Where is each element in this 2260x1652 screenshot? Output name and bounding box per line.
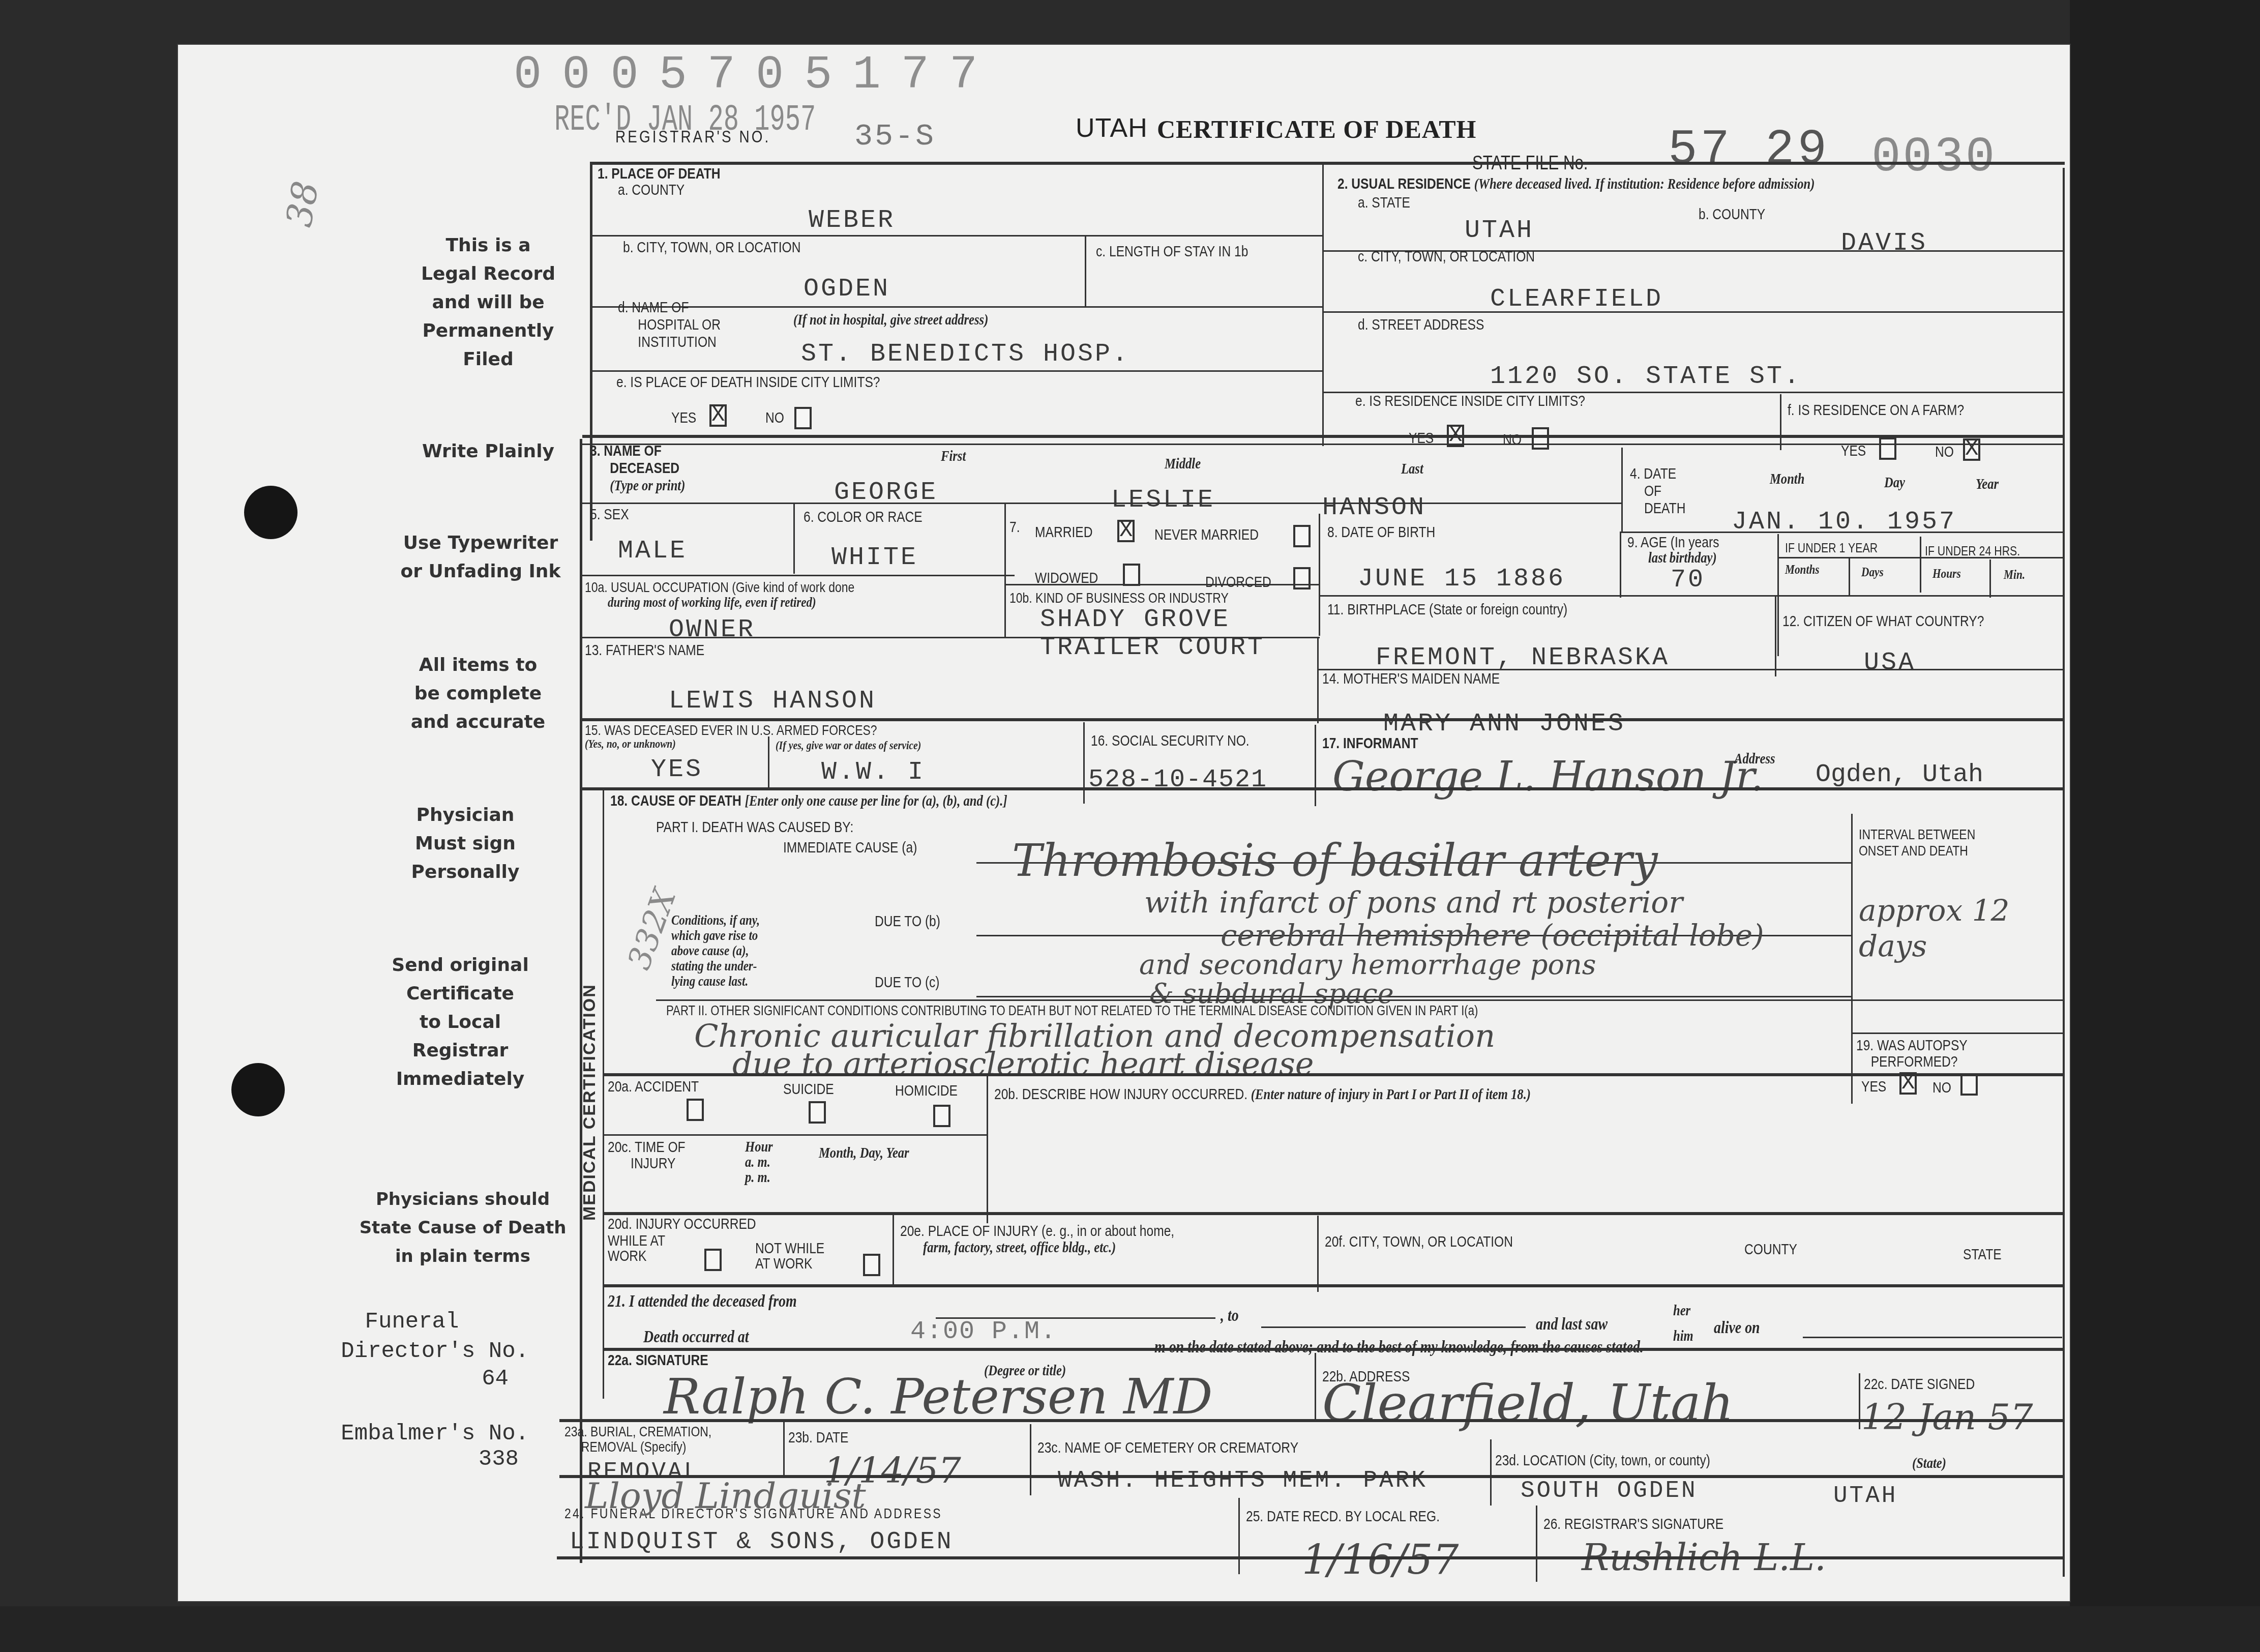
part2-line-2: due to arteriosclerotic heart disease bbox=[732, 1045, 1314, 1082]
alive-on-label: alive on bbox=[1714, 1318, 1760, 1338]
mother-label: 14. MOTHER'S MAIDEN NAME bbox=[1322, 670, 1500, 688]
part2-label: PART II. OTHER SIGNIFICANT CONDITIONS CO… bbox=[666, 1003, 1478, 1019]
divider bbox=[1030, 1424, 1031, 1495]
divider bbox=[1620, 532, 1621, 598]
burial-location-label: 23d. LOCATION (City, town, or county) bbox=[1495, 1452, 1710, 1469]
while-at-work-checkbox[interactable] bbox=[704, 1249, 722, 1271]
registrar-signature-label: 26. REGISTRAR'S SIGNATURE bbox=[1543, 1516, 1723, 1533]
stay-label: c. LENGTH OF STAY IN 1b bbox=[1096, 243, 1248, 260]
deceased-middle-name: LESLIE bbox=[1111, 486, 1215, 515]
death-inside-limits-no-checkbox[interactable] bbox=[794, 407, 812, 429]
row-divider bbox=[1323, 311, 2064, 313]
attended-to-line bbox=[1261, 1326, 1526, 1328]
place-of-death-label: 1. PLACE OF DEATH bbox=[598, 165, 720, 183]
race: WHITE bbox=[831, 543, 918, 572]
divider-dod bbox=[1621, 448, 1623, 532]
cemetery-label: 23c. NAME OF CEMETERY OR CREMATORY bbox=[1037, 1439, 1298, 1457]
first-label: First bbox=[941, 448, 966, 465]
suicide-label: SUICIDE bbox=[783, 1081, 834, 1098]
divider-stay bbox=[1085, 235, 1086, 306]
registrar-no-label: REGISTRAR'S NO. bbox=[615, 127, 770, 147]
margin-note-typewriter: Use Typewriter or Unfading Ink bbox=[371, 529, 590, 586]
state-hint: (State) bbox=[1912, 1455, 1946, 1472]
funeral-director-label: Funeral Director's No. bbox=[325, 1307, 529, 1366]
marital-label: 7. bbox=[1009, 519, 1020, 536]
divider bbox=[1083, 722, 1085, 804]
deceased-name-label: 3. NAME OFDECEASED(Type or print) bbox=[590, 442, 685, 494]
immediate-cause-label: IMMEDIATE CAUSE (a) bbox=[783, 839, 917, 857]
occupation-label: 10a. USUAL OCCUPATION (Give kind of work… bbox=[585, 580, 854, 610]
row-divider bbox=[603, 1348, 2064, 1351]
row-divider bbox=[603, 1284, 2064, 1287]
signature-label: 22a. SIGNATURE bbox=[608, 1352, 708, 1369]
section-divider bbox=[582, 787, 2064, 790]
suicide-checkbox[interactable] bbox=[809, 1101, 826, 1124]
divorced-label: DIVORCED bbox=[1205, 574, 1271, 591]
informant-signature: George L. Hanson Jr. bbox=[1332, 753, 1764, 800]
autopsy-label: 19. WAS AUTOPSYPERFORMED? bbox=[1856, 1038, 1968, 1070]
never-married-checkbox[interactable] bbox=[1293, 525, 1311, 547]
divider bbox=[1536, 1506, 1537, 1582]
mdy-label: Month, Day, Year bbox=[819, 1144, 909, 1162]
scanner-background-right bbox=[2070, 0, 2260, 1652]
conditions-hint: Conditions, if any, which gave rise to a… bbox=[671, 913, 760, 989]
injury-city-label: 20f. CITY, TOWN, OR LOCATION bbox=[1325, 1233, 1513, 1251]
last-saw-label: and last saw bbox=[1536, 1315, 1608, 1334]
embalmer-no: 338 bbox=[458, 1444, 519, 1474]
divider bbox=[1989, 559, 1991, 598]
death-time: 4:00 P.M. bbox=[910, 1317, 1057, 1346]
accident-label: 20a. ACCIDENT bbox=[608, 1078, 699, 1096]
deceased-last-name: HANSON bbox=[1322, 493, 1426, 522]
year-label: Year bbox=[1976, 476, 1999, 493]
hospital-hint: (If not in hospital, give street address… bbox=[793, 311, 988, 329]
margin-note-cause-plain-terms: Physicians should State Cause of Death i… bbox=[341, 1185, 585, 1271]
birthplace-label: 11. BIRTHPLACE (State or foreign country… bbox=[1327, 601, 1567, 618]
state-file-no: 57 29 bbox=[1668, 122, 1830, 178]
date-recd: 1/16/57 bbox=[1302, 1536, 1459, 1583]
widowed-checkbox[interactable] bbox=[1123, 564, 1140, 586]
time-of-injury-label: 20c. TIME OFINJURY bbox=[608, 1139, 686, 1172]
no-label: NO bbox=[1935, 444, 1954, 461]
date-of-birth: JUNE 15 1886 bbox=[1358, 565, 1565, 594]
margin-note-send-original: Send original Certificate to Local Regis… bbox=[351, 951, 570, 1094]
burial-location-state: UTAH bbox=[1833, 1483, 1897, 1509]
row-divider bbox=[582, 718, 2064, 721]
due-to-c-line-1: and secondary hemorrhage pons bbox=[1139, 949, 1596, 981]
occupation: OWNER bbox=[669, 615, 755, 644]
row-divider bbox=[582, 503, 1622, 504]
divider bbox=[1317, 1216, 1319, 1292]
residence-street: 1120 SO. STATE ST. bbox=[1490, 362, 1801, 391]
divider-interval bbox=[1851, 814, 1853, 1038]
residence-county-label: b. COUNTY bbox=[1699, 206, 1765, 223]
ssn-label: 16. SOCIAL SECURITY NO. bbox=[1091, 732, 1250, 750]
residence-county: DAVIS bbox=[1841, 229, 1927, 258]
residence-city: CLEARFIELD bbox=[1490, 285, 1663, 314]
no-label: NO bbox=[765, 409, 784, 427]
alive-on-line bbox=[1803, 1337, 2062, 1338]
immediate-cause: Thrombosis of basilar artery bbox=[1012, 834, 1658, 887]
death-county: WEBER bbox=[809, 206, 895, 235]
attended-label: 21. I attended the deceased from bbox=[608, 1292, 797, 1311]
document-title: CERTIFICATE OF DEATH bbox=[1157, 114, 1477, 144]
row-divider bbox=[603, 1073, 2064, 1076]
row-divider bbox=[582, 637, 1320, 638]
accident-checkbox[interactable] bbox=[687, 1099, 704, 1121]
street-address-label: d. STREET ADDRESS bbox=[1358, 316, 1484, 334]
informant-label: 17. INFORMANT bbox=[1322, 735, 1418, 752]
her-label: her bbox=[1673, 1302, 1690, 1319]
divorced-checkbox[interactable] bbox=[1293, 567, 1311, 589]
punch-hole-upper bbox=[244, 486, 298, 539]
war-service: W.W. I bbox=[821, 758, 925, 787]
age-label: 9. AGE (In yearslast birthday) bbox=[1627, 535, 1719, 566]
middle-label: Middle bbox=[1165, 455, 1201, 473]
medical-certification-label: MEDICAL CERTIFICATION bbox=[580, 984, 600, 1221]
armed-forces-label: 15. WAS DECEASED EVER IN U.S. ARMED FORC… bbox=[585, 722, 877, 739]
row-divider bbox=[1851, 1032, 2064, 1034]
injury-occurred-label: 20d. INJURY OCCURRED bbox=[608, 1216, 756, 1233]
divider bbox=[1238, 1498, 1240, 1574]
to-label: , to bbox=[1221, 1306, 1239, 1325]
funeral-director: LINDQUIST & SONS, OGDEN bbox=[570, 1528, 954, 1556]
divider bbox=[1851, 1032, 1853, 1104]
due-b-label: DUE TO (b) bbox=[875, 913, 940, 930]
due-c-label: DUE TO (c) bbox=[875, 974, 940, 991]
describe-injury-label: 20b. DESCRIBE HOW INJURY OCCURRED. (Ente… bbox=[994, 1086, 1531, 1103]
form-border-top bbox=[590, 162, 2065, 165]
corner-handwritten-number: 38 bbox=[278, 178, 326, 230]
citizen-label: 12. CITIZEN OF WHAT COUNTRY? bbox=[1782, 613, 1984, 630]
due-to-b-line-1: with infarct of pons and rt posterior bbox=[1144, 885, 1683, 920]
month-label: Month bbox=[1770, 470, 1804, 488]
form-border-right bbox=[2063, 168, 2065, 1577]
row-divider bbox=[591, 235, 1323, 237]
farm-label: f. IS RESIDENCE ON A FARM? bbox=[1788, 402, 1964, 419]
sex: MALE bbox=[618, 537, 687, 566]
hours-label: Hours bbox=[1932, 566, 1961, 581]
row-divider bbox=[1004, 584, 1320, 585]
row-divider bbox=[603, 1212, 2064, 1215]
divider bbox=[1920, 537, 1921, 593]
burial-date-label: 23b. DATE bbox=[788, 1429, 849, 1447]
row-divider bbox=[1777, 557, 2064, 558]
funeral-director-signature: Lloyd Lindquist bbox=[585, 1475, 866, 1517]
divider bbox=[1317, 637, 1319, 723]
divider bbox=[1849, 558, 1850, 597]
last-label: Last bbox=[1401, 460, 1423, 478]
death-inside-limits-yes-checkbox[interactable]: X bbox=[709, 404, 727, 427]
war-hint: (If yes, give war or dates of service) bbox=[776, 739, 921, 753]
disposition-label: 23a. BURIAL, CREMATION,REMOVAL (Specify) bbox=[564, 1424, 711, 1455]
cemetery: WASH. HEIGHTS MEM. PARK bbox=[1058, 1467, 1428, 1494]
registrar-no: 35-S bbox=[854, 120, 936, 154]
divider-1-2 bbox=[1322, 164, 1324, 446]
state-file-seq: 0030 bbox=[1871, 130, 1997, 185]
homicide-checkbox[interactable] bbox=[933, 1105, 950, 1127]
informant-address: Ogden, Utah bbox=[1816, 760, 1983, 789]
divider bbox=[768, 736, 769, 787]
address-label: Address bbox=[1734, 750, 1775, 768]
him-label: him bbox=[1673, 1327, 1693, 1345]
armed-hint: (Yes, no, or unknown) bbox=[585, 737, 676, 751]
city-label: b. CITY, TOWN, OR LOCATION bbox=[623, 239, 800, 256]
date-signed-label: 22c. DATE SIGNED bbox=[1864, 1376, 1975, 1393]
due-c-line bbox=[976, 996, 1851, 997]
due-to-b-line-2: cerebral hemisphere (occipital lobe) bbox=[1221, 918, 1764, 953]
sex-label: 5. SEX bbox=[590, 506, 629, 523]
yes-label: YES bbox=[1861, 1078, 1886, 1096]
form-border-bottom bbox=[557, 1556, 2064, 1559]
margin-note-items-complete: All items to be complete and accurate bbox=[369, 651, 587, 736]
never-married-label: NEVER MARRIED bbox=[1154, 526, 1259, 544]
race-label: 6. COLOR OR RACE bbox=[804, 509, 923, 526]
divider-farm bbox=[1780, 394, 1781, 450]
married-checkbox[interactable]: X bbox=[1117, 520, 1135, 542]
citizenship: USA bbox=[1864, 648, 1916, 677]
age: 70 bbox=[1671, 566, 1705, 595]
divider bbox=[1004, 503, 1006, 637]
death-hospital: ST. BENEDICTS HOSP. bbox=[801, 340, 1129, 369]
homicide-label: HOMICIDE bbox=[895, 1082, 958, 1100]
dod-label: 4. DATEOFDEATH bbox=[1630, 465, 1685, 517]
row-divider bbox=[656, 999, 2064, 1001]
margin-note-write-plainly: Write Plainly bbox=[379, 437, 598, 466]
physician-address: Clearfield, Utah bbox=[1322, 1373, 1734, 1433]
business-label: 10b. KIND OF BUSINESS OR INDUSTRY bbox=[1009, 590, 1229, 606]
mother-maiden-name: MARY ANN JONES bbox=[1383, 710, 1625, 739]
hour-label: Houra. m.p. m. bbox=[745, 1139, 773, 1185]
stamp-number: 0005705177 bbox=[514, 48, 998, 102]
row-divider bbox=[603, 1134, 987, 1136]
row-divider bbox=[591, 370, 1323, 372]
farm-yes-checkbox[interactable] bbox=[1879, 437, 1896, 460]
injury-state-label: STATE bbox=[1963, 1246, 2002, 1263]
margin-note-physician-sign: Physician Must sign Personally bbox=[356, 801, 575, 887]
divider bbox=[1315, 725, 1316, 806]
date-recd-label: 25. DATE RECD. BY LOCAL REG. bbox=[1246, 1508, 1440, 1525]
yes-label: YES bbox=[671, 409, 696, 427]
days-label: Days bbox=[1861, 565, 1884, 580]
section-divider-double bbox=[582, 435, 2065, 438]
hospital-label: d. NAME OF HOSPITAL OR INSTITUTION bbox=[618, 299, 721, 351]
punch-hole-lower bbox=[231, 1063, 285, 1116]
no-label: NO bbox=[1503, 431, 1522, 449]
scanner-background-bottom bbox=[0, 1606, 2260, 1652]
medical-cert-inner-border bbox=[603, 788, 604, 1399]
part1-label: PART I. DEATH WAS CAUSED BY: bbox=[656, 819, 853, 836]
divider bbox=[1775, 595, 1776, 676]
place-of-injury-label: 20e. PLACE OF INJURY (e. g., in or about… bbox=[900, 1223, 1174, 1256]
divider bbox=[1315, 1353, 1316, 1419]
father-label: 13. FATHER'S NAME bbox=[585, 642, 704, 659]
funeral-director-no: 64 bbox=[468, 1364, 509, 1394]
row-divider bbox=[582, 575, 1015, 576]
residence-inside-limits-no-checkbox[interactable] bbox=[1532, 427, 1549, 450]
cause-of-death-label: 18. CAUSE OF DEATH [Enter only one cause… bbox=[610, 792, 1007, 810]
while-at-work-label: WHILE ATWORK bbox=[608, 1233, 665, 1264]
no-label: NO bbox=[1932, 1079, 1951, 1097]
attestation-statement: m on the date stated above; and to the b… bbox=[1154, 1338, 1644, 1357]
divider bbox=[783, 1422, 785, 1475]
divider bbox=[1490, 1439, 1492, 1506]
divider bbox=[793, 503, 795, 574]
residence-state: UTAH bbox=[1465, 216, 1534, 245]
county-label: a. COUNTY bbox=[618, 182, 685, 199]
divider bbox=[1319, 514, 1320, 636]
death-inside-limits-label: e. IS PLACE OF DEATH INSIDE CITY LIMITS? bbox=[616, 374, 880, 391]
autopsy-no-checkbox[interactable] bbox=[1960, 1073, 1978, 1096]
physician-signature: Ralph C. Petersen MD bbox=[664, 1368, 1212, 1425]
document-title-prefix: UTAH bbox=[1076, 113, 1148, 143]
not-while-at-work-checkbox[interactable] bbox=[863, 1254, 880, 1276]
death-occurred-label: Death occurred at bbox=[643, 1327, 749, 1347]
yes-label: YES bbox=[1841, 442, 1866, 460]
not-while-at-work-label: NOT WHILEAT WORK bbox=[755, 1241, 824, 1272]
burial-location-city: SOUTH OGDEN bbox=[1521, 1478, 1698, 1504]
dob-label: 8. DATE OF BIRTH bbox=[1327, 524, 1435, 541]
interval: approx 12 days bbox=[1859, 893, 2052, 964]
row-divider bbox=[1319, 595, 2064, 597]
armed-forces: YES bbox=[651, 755, 703, 784]
months-label: Months bbox=[1785, 562, 1820, 577]
married-label: MARRIED bbox=[1035, 524, 1092, 541]
section-divider-double bbox=[582, 444, 2065, 445]
death-city: OGDEN bbox=[804, 275, 890, 304]
farm-no-checkbox[interactable]: X bbox=[1963, 438, 1980, 461]
residence-inside-limits-label: e. IS RESIDENCE INSIDE CITY LIMITS? bbox=[1355, 393, 1585, 410]
interval-label: INTERVAL BETWEENONSET AND DEATH bbox=[1859, 827, 1975, 859]
birthplace: FREMONT, NEBRASKA bbox=[1376, 643, 1670, 672]
business-line-1: SHADY GROVE bbox=[1040, 605, 1230, 634]
min-label: Min. bbox=[2004, 567, 2025, 582]
residence-city-label: c. CITY, TOWN, OR LOCATION bbox=[1358, 248, 1535, 265]
injury-county-label: COUNTY bbox=[1744, 1241, 1797, 1258]
row-divider bbox=[559, 1419, 2064, 1422]
date-signed: 12 Jan 57 bbox=[1861, 1396, 2033, 1438]
margin-note-legal-record: This is a Legal Record and will be Perma… bbox=[379, 231, 598, 374]
residence-state-label: a. STATE bbox=[1358, 194, 1410, 212]
divider bbox=[893, 1213, 894, 1284]
row-divider bbox=[1621, 532, 2064, 533]
usual-residence-label: 2. USUAL RESIDENCE (Where deceased lived… bbox=[1337, 175, 1815, 193]
divider bbox=[987, 1076, 988, 1223]
under-1yr-label: IF UNDER 1 YEAR bbox=[1785, 540, 1878, 556]
father-name: LEWIS HANSON bbox=[669, 687, 876, 716]
day-label: Day bbox=[1884, 474, 1905, 491]
